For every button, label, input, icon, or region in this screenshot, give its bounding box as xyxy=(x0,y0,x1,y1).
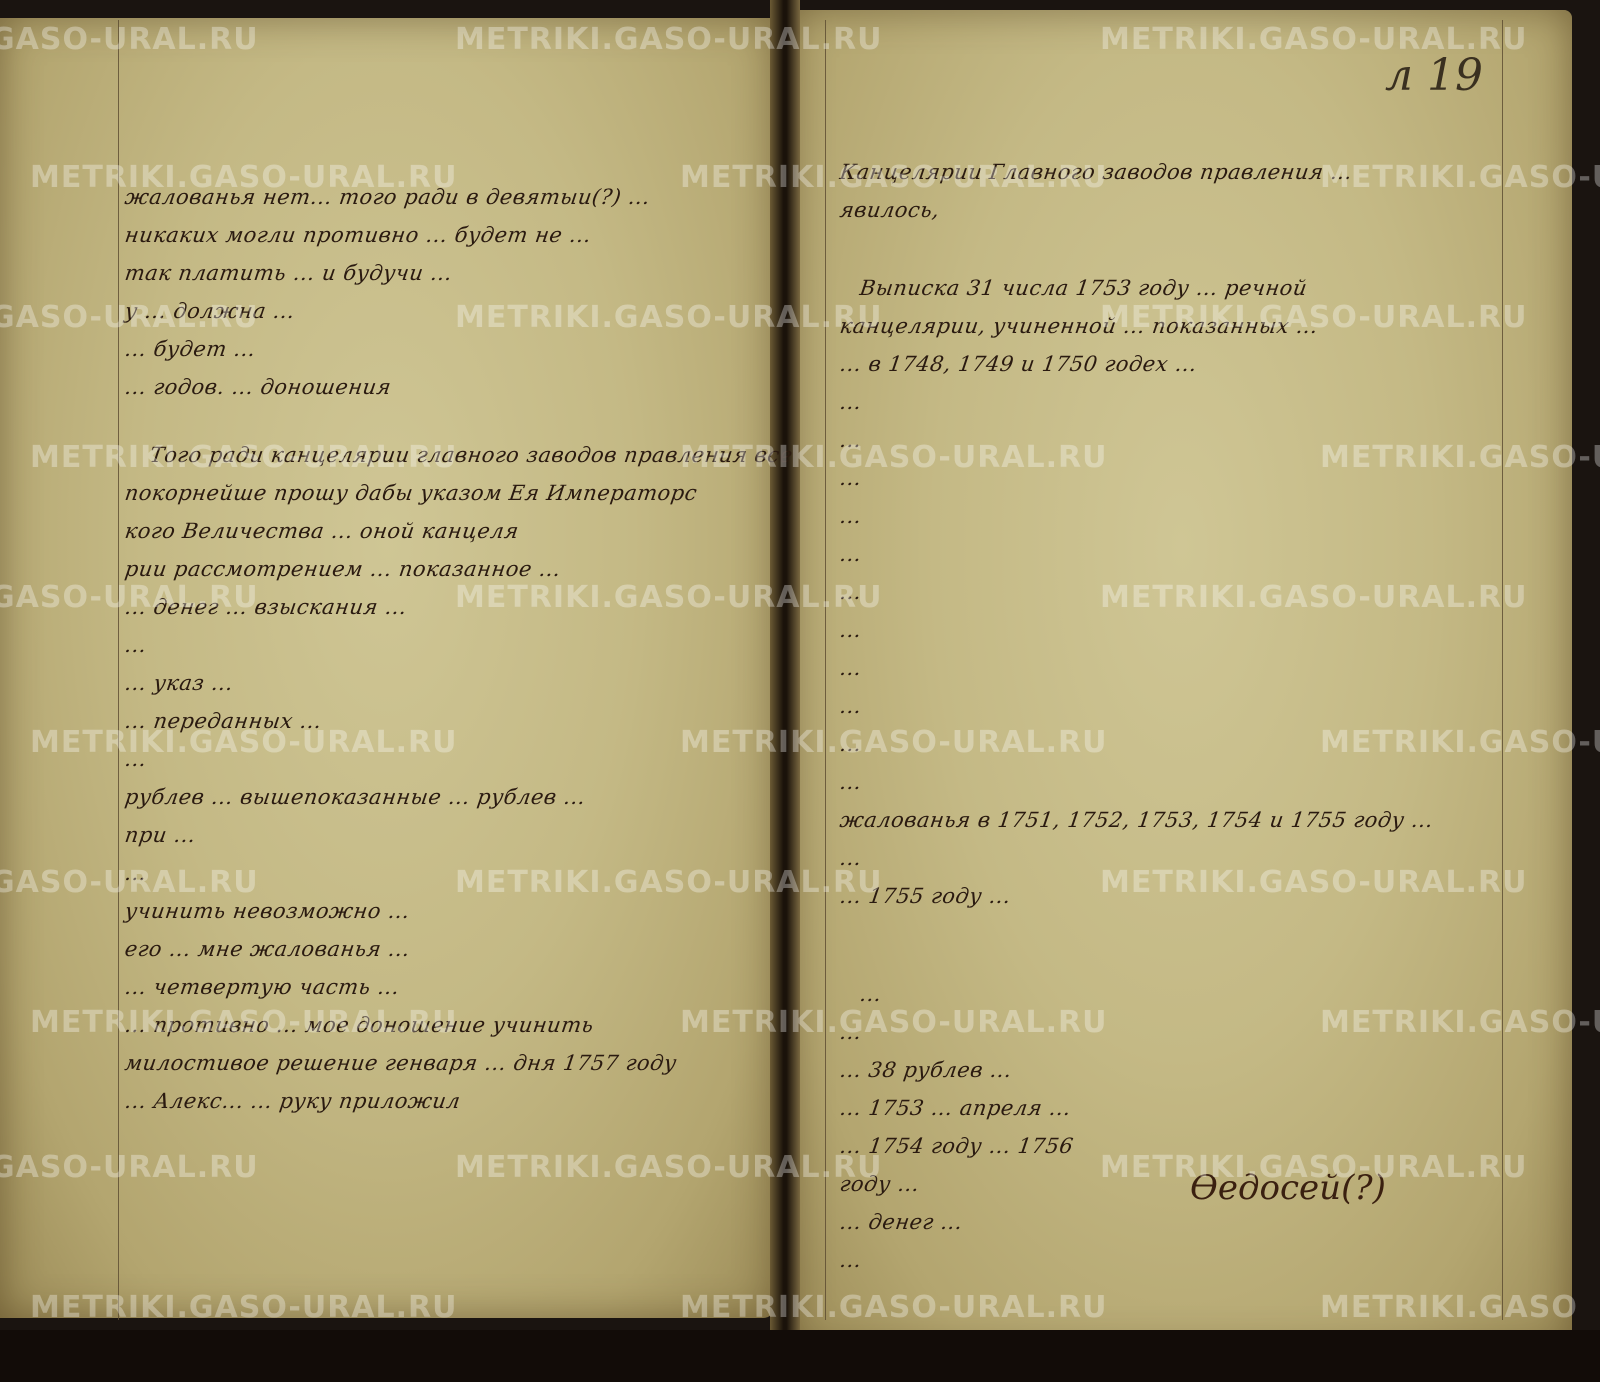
manuscript-line: ... 38 рублев ... xyxy=(838,1058,1013,1082)
manuscript-line: покорнейше прошу дабы указом Ея Императо… xyxy=(123,481,698,505)
manuscript-line: кого Величества ... оной канцеля xyxy=(123,519,520,543)
manuscript-line: ... 1755 году ... xyxy=(838,884,1012,908)
manuscript-line: ... 1754 году ... 1756 xyxy=(838,1134,1075,1158)
manuscript-line: ... четвертую часть ... xyxy=(123,975,401,999)
manuscript-line: милостивое решение генваря ... дня 1757 … xyxy=(123,1051,678,1075)
manuscript-line: ... Алекс... ... руку приложил xyxy=(123,1089,462,1113)
manuscript-line: ... xyxy=(838,1248,863,1272)
manuscript-line: ... xyxy=(838,1020,863,1044)
manuscript-line: ... противно ... мое доношение учинить xyxy=(123,1013,595,1037)
manuscript-line: Выписка 31 числа 1753 году ... речной xyxy=(858,276,1308,300)
manuscript-line: при ... xyxy=(123,823,197,847)
manuscript-line: ... xyxy=(838,770,863,794)
manuscript-line: жалованья в 1751, 1752, 1753, 1754 и 175… xyxy=(838,808,1435,832)
manuscript-line: ... переданных ... xyxy=(123,709,323,733)
manuscript-line: ... xyxy=(123,633,148,657)
manuscript-line: Канцелярии Главного заводов правления ..… xyxy=(838,160,1354,184)
manuscript-line: ... денег ... xyxy=(838,1210,964,1234)
manuscript-line: ... xyxy=(123,861,148,885)
signature: Ѳедосей(?) xyxy=(1190,1168,1386,1208)
manuscript-line: Того ради канцелярии главного заводов пр… xyxy=(148,443,794,467)
manuscript-line: у ... должна ... xyxy=(123,299,296,323)
manuscript-line: ... будет ... xyxy=(123,337,257,361)
manuscript-line: ... xyxy=(838,656,863,680)
right-margin-rule-inner xyxy=(825,20,826,1320)
folio-number: л 19 xyxy=(1385,50,1483,101)
manuscript-line: ... xyxy=(123,747,148,771)
manuscript-line: его ... мне жалованья ... xyxy=(123,937,411,961)
manuscript-line: ... xyxy=(838,466,863,490)
left-margin-rule xyxy=(118,20,119,1320)
manuscript-line: ... xyxy=(858,982,883,1006)
manuscript-line: ... xyxy=(838,732,863,756)
book-gutter xyxy=(770,0,800,1382)
manuscript-line: ... xyxy=(838,390,863,414)
left-page xyxy=(0,18,775,1318)
manuscript-line: учинить невозможно ... xyxy=(123,899,411,923)
manuscript-line: жалованья нет... того ради в девятыи(?) … xyxy=(123,185,651,209)
manuscript-line: ... xyxy=(838,694,863,718)
manuscript-line: ... в 1748, 1749 и 1750 годех ... xyxy=(838,352,1198,376)
right-margin-rule-outer xyxy=(1502,20,1503,1320)
manuscript-line: ... годов. ... доношения xyxy=(123,375,393,399)
manuscript-line: ... xyxy=(838,542,863,566)
manuscript-line: году ... xyxy=(838,1172,921,1196)
manuscript-line: ... 1753 ... апреля ... xyxy=(838,1096,1072,1120)
manuscript-line: ... xyxy=(838,846,863,870)
manuscript-line: ... указ ... xyxy=(123,671,234,695)
manuscript-line: явилось, xyxy=(838,198,941,222)
manuscript-line: канцелярии, учиненной ... показанных ... xyxy=(838,314,1319,338)
manuscript-line: ... денег ... взыскания ... xyxy=(123,595,408,619)
manuscript-line: ... xyxy=(838,618,863,642)
book-bottom-edge xyxy=(0,1330,1600,1382)
manuscript-line: ... xyxy=(838,504,863,528)
manuscript-line: рии рассмотрением ... показанное ... xyxy=(123,557,562,581)
manuscript-line: никаких могли противно ... будет не ... xyxy=(123,223,593,247)
manuscript-line: так платить ... и будучи ... xyxy=(123,261,454,285)
manuscript-line: рублев ... вышепоказанные ... рублев ... xyxy=(123,785,587,809)
manuscript-line: ... xyxy=(838,428,863,452)
manuscript-line: ... xyxy=(838,580,863,604)
